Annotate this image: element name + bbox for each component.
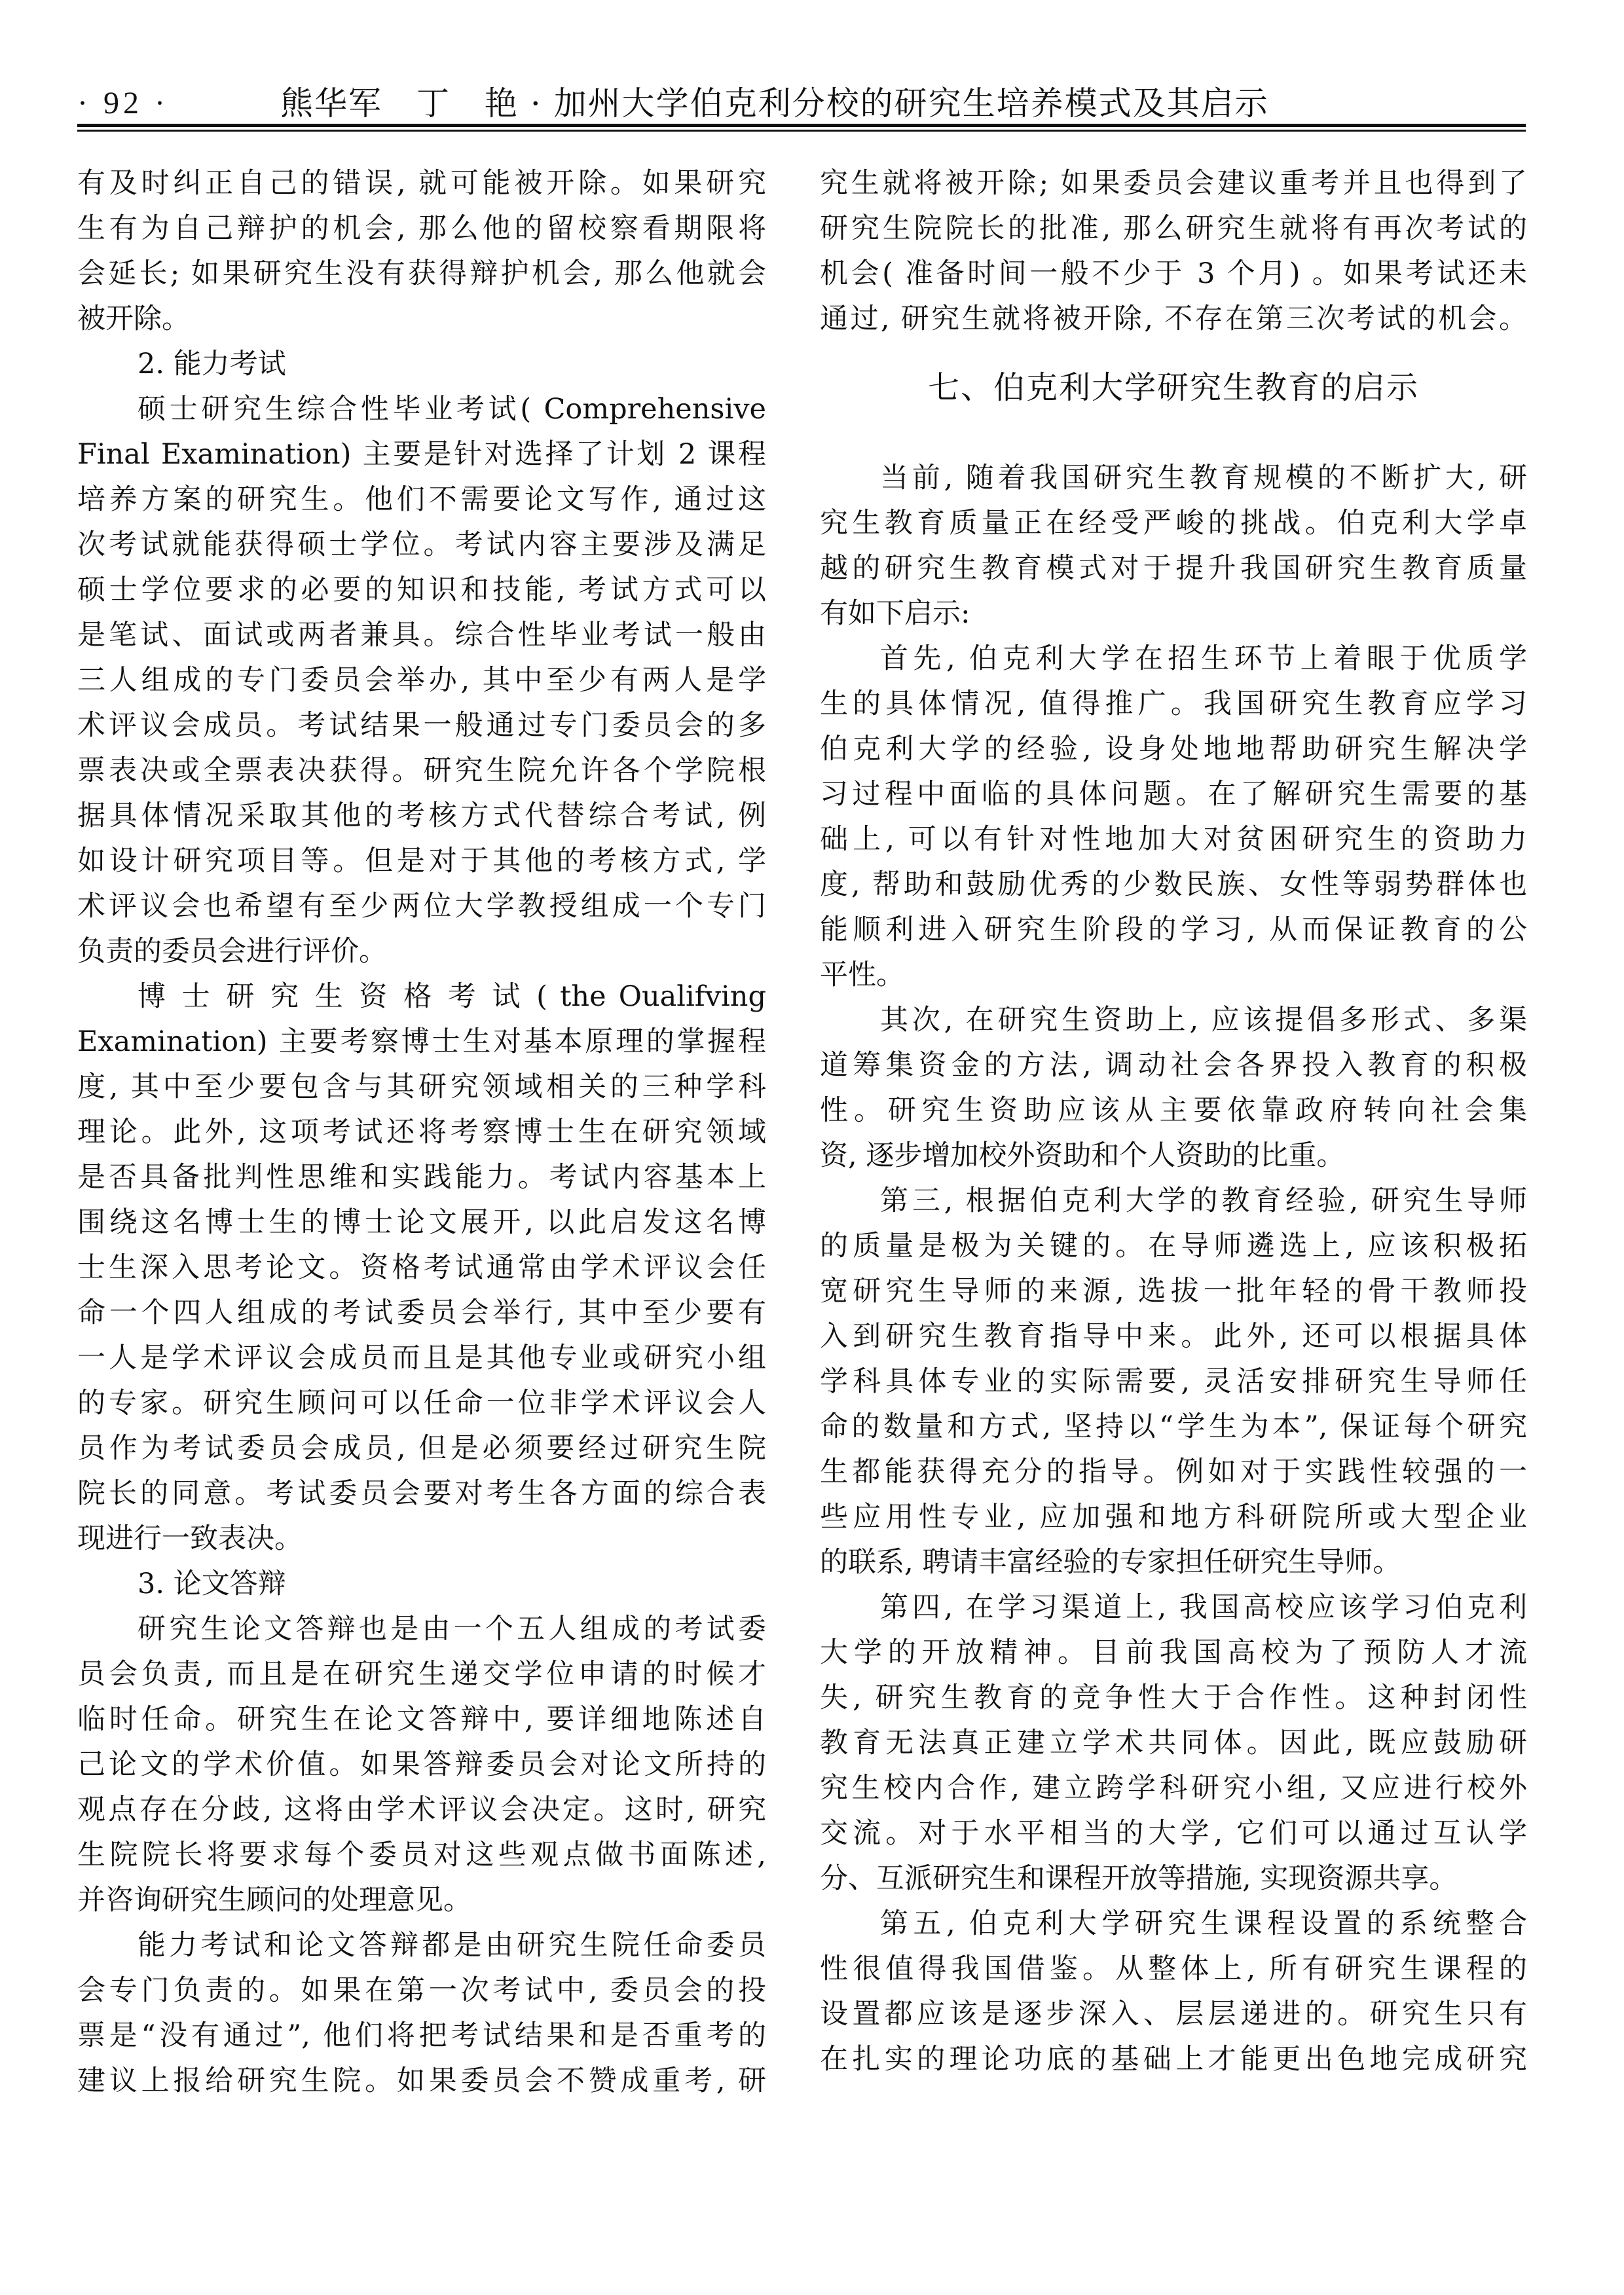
text-line: 有及时纠正自己的错误, 就可能被开除。如果研究 xyxy=(77,161,766,206)
text-line: 性。研究生资助应该从主要依靠政府转向社会集 xyxy=(820,1088,1527,1133)
text-line: 第三, 根据伯克利大学的教育经验, 研究生导师 xyxy=(820,1179,1527,1224)
text-line: 生院院长将要求每个委员对这些观点做书面陈述, xyxy=(77,1833,766,1878)
text-line: 研究生院院长的批准, 那么研究生就将有再次考试的 xyxy=(820,206,1527,251)
text-line: 生的具体情况, 值得推广。我国研究生教育应学习 xyxy=(820,682,1527,727)
text-line: 如设计研究项目等。但是对于其他的考核方式, 学 xyxy=(77,839,766,884)
text-line: 员作为考试委员会成员, 但是必须要经过研究生院 xyxy=(77,1426,766,1471)
text-line: 教育无法真正建立学术共同体。因此, 既应鼓励研 xyxy=(820,1721,1527,1766)
text-line: 能力考试和论文答辩都是由研究生院任命委员 xyxy=(77,1923,766,1968)
text-line: 分、互派研究生和课程开放等措施, 实现资源共享。 xyxy=(820,1856,1527,1901)
section-heading: 七、伯克利大学研究生教育的启示 xyxy=(820,342,1527,433)
left-column: 有及时纠正自己的错误, 就可能被开除。如果研究 生有为自己辩护的机会, 那么他的… xyxy=(77,161,766,2104)
text-line: 习过程中面临的具体问题。在了解研究生需要的基 xyxy=(820,772,1527,817)
text-line: 命的数量和方式, 坚持以“学生为本”, 保证每个研究 xyxy=(820,1405,1527,1450)
text-line: 据具体情况采取其他的考核方式代替综合考试, 例 xyxy=(77,794,766,839)
text-line: 第四, 在学习渠道上, 我国高校应该学习伯克利 xyxy=(820,1585,1527,1630)
text-line: 院长的同意。考试委员会要对考生各方面的综合表 xyxy=(77,1471,766,1516)
text-line: 生有为自己辩护的机会, 那么他的留校察看期限将 xyxy=(77,206,766,251)
text-line: 学科具体专业的实际需要, 灵活安排研究生导师任 xyxy=(820,1359,1527,1405)
text-line: 交流。对于水平相当的大学, 它们可以通过互认学 xyxy=(820,1811,1527,1856)
text-line: 的质量是极为关键的。在导师遴选上, 应该积极拓 xyxy=(820,1224,1527,1269)
text-line: 宽研究生导师的来源, 选拔一批年轻的骨干教师投 xyxy=(820,1269,1527,1314)
text-line: 通过, 研究生就将被开除, 不存在第三次考试的机会。 xyxy=(820,297,1527,342)
text-line: 己论文的学术价值。如果答辩委员会对论文所持的 xyxy=(77,1742,766,1788)
text-line: 负责的委员会进行评价。 xyxy=(77,929,766,974)
text-line: 些应用性专业, 应加强和地方科研院所或大型企业 xyxy=(820,1495,1527,1540)
text-line: 票是“没有通过”, 他们将把考试结果和是否重考的 xyxy=(77,2013,766,2059)
text-line: 围绕这名博士生的博士论文展开, 以此启发这名博 xyxy=(77,1200,766,1245)
text-line: 入到研究生教育指导中来。此外, 还可以根据具体 xyxy=(820,1314,1527,1359)
text-line: 究生就将被开除; 如果委员会建议重考并且也得到了 xyxy=(820,161,1527,206)
text-line: 第五, 伯克利大学研究生课程设置的系统整合 xyxy=(820,1901,1527,1947)
text-line: 其次, 在研究生资助上, 应该提倡多形式、多渠 xyxy=(820,998,1527,1043)
text-line: 理论。此外, 这项考试还将考察博士生在研究领域 xyxy=(77,1110,766,1155)
subsection-heading: 3. 论文答辩 xyxy=(77,1562,766,1607)
subsection-heading: 2. 能力考试 xyxy=(77,342,766,387)
text-line: 员会负责, 而且是在研究生递交学位申请的时候才 xyxy=(77,1652,766,1697)
text-line: 会延长; 如果研究生没有获得辩护机会, 那么他就会 xyxy=(77,251,766,297)
running-title: 熊华军 丁 艳 · 加州大学伯克利分校的研究生培养模式及其启示 xyxy=(280,83,1269,124)
page-number: · 92 · xyxy=(77,83,274,124)
text-line: 次考试就能获得硕士学位。考试内容主要涉及满足 xyxy=(77,523,766,568)
text-line: 的联系, 聘请丰富经验的专家担任研究生导师。 xyxy=(820,1540,1527,1585)
text-line: 硕士研究生综合性毕业考试( Comprehensive xyxy=(77,387,766,432)
text-line: 会专门负责的。如果在第一次考试中, 委员会的投 xyxy=(77,1968,766,2013)
text-line: 在扎实的理论功底的基础上才能更出色地完成研究 xyxy=(820,2037,1527,2082)
text-line: 平性。 xyxy=(820,953,1527,998)
text-line: 并咨询研究生顾问的处理意见。 xyxy=(77,1878,766,1923)
text-line: 有如下启示: xyxy=(820,591,1527,636)
text-line: 生都能获得充分的指导。例如对于实践性较强的一 xyxy=(820,1450,1527,1495)
text-line: 能顺利进入研究生阶段的学习, 从而保证教育的公 xyxy=(820,908,1527,953)
text-line: 术评议会也希望有至少两位大学教授组成一个专门 xyxy=(77,884,766,929)
text-line: Examination) 主要考察博士生对基本原理的掌握程 xyxy=(77,1019,766,1065)
text-line: 度, 帮助和鼓励优秀的少数民族、女性等弱势群体也 xyxy=(820,862,1527,908)
text-line: 被开除。 xyxy=(77,297,766,342)
text-line: 研究生论文答辩也是由一个五人组成的考试委 xyxy=(77,1607,766,1652)
text-line: 博 士 研 究 生 资 格 考 试 ( the Oualifving xyxy=(77,974,766,1019)
text-line: 命一个四人组成的考试委员会举行, 其中至少要有 xyxy=(77,1291,766,1336)
text-line: 越的研究生教育模式对于提升我国研究生教育质量 xyxy=(820,546,1527,591)
running-header: · 92 · 熊华军 丁 艳 · 加州大学伯克利分校的研究生培养模式及其启示 xyxy=(77,72,1526,124)
text-line: 度, 其中至少要包含与其研究领域相关的三种学科 xyxy=(77,1065,766,1110)
text-line: 伯克利大学的经验, 设身处地地帮助研究生解决学 xyxy=(820,727,1527,772)
text-line: 票表决或全票表决获得。研究生院允许各个学院根 xyxy=(77,748,766,794)
text-line: 是笔试、面试或两者兼具。综合性毕业考试一般由 xyxy=(77,613,766,658)
text-line: 究生教育质量正在经受严峻的挑战。伯克利大学卓 xyxy=(820,501,1527,546)
text-line: 临时任命。研究生在论文答辩中, 要详细地陈述自 xyxy=(77,1697,766,1742)
header-rule-thin xyxy=(77,130,1526,132)
text-line: 一人是学术评议会成员而且是其他专业或研究小组 xyxy=(77,1336,766,1381)
text-line: 是否具备批判性思维和实践能力。考试内容基本上 xyxy=(77,1155,766,1200)
text-line: 道筹集资金的方法, 调动社会各界投入教育的积极 xyxy=(820,1043,1527,1088)
spacer xyxy=(820,433,1527,456)
text-line: 大学的开放精神。目前我国高校为了预防人才流 xyxy=(820,1630,1527,1676)
text-line: 硕士学位要求的必要的知识和技能, 考试方式可以 xyxy=(77,568,766,613)
right-column: 究生就将被开除; 如果委员会建议重考并且也得到了 研究生院院长的批准, 那么研究… xyxy=(820,161,1527,2082)
text-line: 三人组成的专门委员会举办, 其中至少有两人是学 xyxy=(77,658,766,703)
text-line: 术评议会成员。考试结果一般通过专门委员会的多 xyxy=(77,703,766,748)
text-line: 的专家。研究生顾问可以任命一位非学术评议会人 xyxy=(77,1381,766,1426)
text-line: 究生校内合作, 建立跨学科研究小组, 又应进行校外 xyxy=(820,1766,1527,1811)
text-line: 设置都应该是逐步深入、层层递进的。研究生只有 xyxy=(820,1992,1527,2037)
text-line: 础上, 可以有针对性地加大对贫困研究生的资助力 xyxy=(820,817,1527,862)
text-line: 培养方案的研究生。他们不需要论文写作, 通过这 xyxy=(77,477,766,523)
text-line: 首先, 伯克利大学在招生环节上着眼于优质学 xyxy=(820,636,1527,682)
text-line: 资, 逐步增加校外资助和个人资助的比重。 xyxy=(820,1133,1527,1179)
text-line: Final Examination) 主要是针对选择了计划 2 课程 xyxy=(77,432,766,477)
text-line: 士生深入思考论文。资格考试通常由学术评议会任 xyxy=(77,1245,766,1291)
text-line: 现进行一致表决。 xyxy=(77,1516,766,1562)
text-line: 建议上报给研究生院。如果委员会不赞成重考, 研 xyxy=(77,2059,766,2104)
text-line: 失, 研究生教育的竞争性大于合作性。这种封闭性 xyxy=(820,1676,1527,1721)
text-line: 机会( 准备时间一般不少于 3 个月) 。如果考试还未 xyxy=(820,251,1527,297)
header-rule-thick xyxy=(77,124,1526,127)
text-line: 当前, 随着我国研究生教育规模的不断扩大, 研 xyxy=(820,456,1527,501)
text-line: 观点存在分歧, 这将由学术评议会决定。这时, 研究 xyxy=(77,1788,766,1833)
text-line: 性很值得我国借鉴。从整体上, 所有研究生课程的 xyxy=(820,1947,1527,1992)
